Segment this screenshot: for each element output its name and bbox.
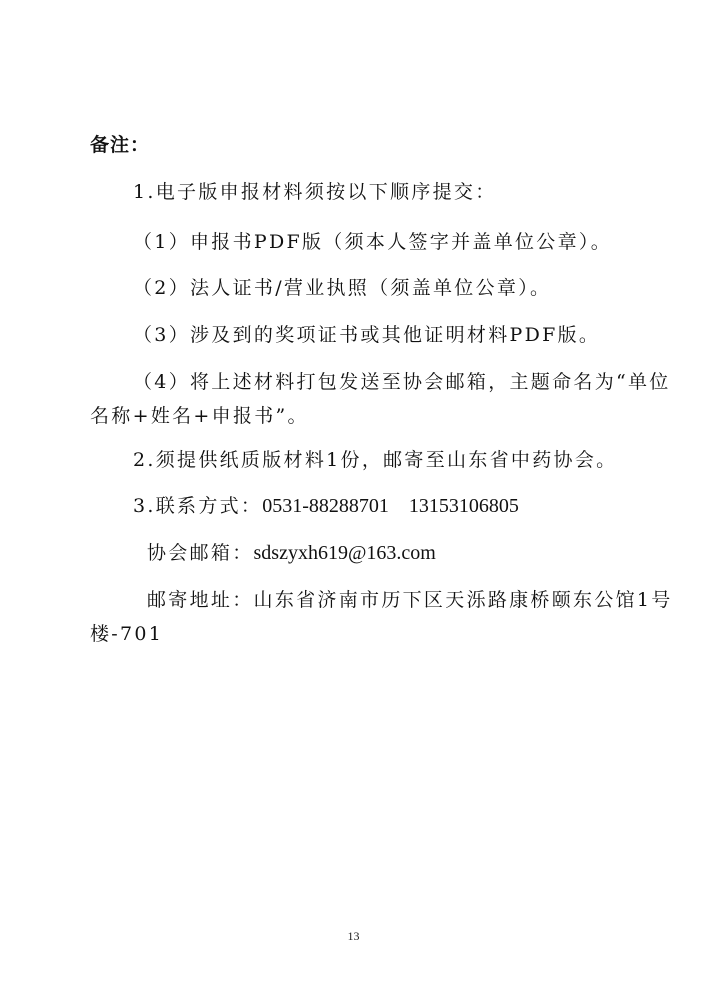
email-label: 协会邮箱：	[147, 542, 254, 564]
sub-item-2-legal-certificate: （2）法人证书/营业执照（须盖单位公章）。	[133, 276, 551, 300]
mailing-address-line2: 楼-701	[90, 622, 163, 646]
notes-heading: 备注：	[90, 133, 150, 157]
item-3-contact-info: 3.联系方式：0531-8828870113153106805	[133, 494, 519, 518]
contact-phone-mobile: 13153106805	[409, 495, 519, 517]
page-number: 13	[0, 929, 707, 944]
sub-item-4-email-instructions-line1: （4）将上述材料打包发送至协会邮箱，主题命名为“单位	[133, 370, 671, 394]
sub-item-1-application-pdf: （1）申报书PDF版（须本人签字并盖单位公章）。	[133, 230, 612, 254]
sub-item-4-email-instructions-line2: 名称+姓名+申报书”。	[90, 404, 309, 428]
email-address: sdszyxh619@163.com	[254, 542, 436, 564]
contact-label: 3.联系方式：	[133, 495, 262, 517]
association-email: 协会邮箱：sdszyxh619@163.com	[147, 541, 436, 565]
address-value: 山东省济南市历下区天泺路康桥颐东公馆1号	[254, 589, 673, 611]
sub-item-3-award-certificates: （3）涉及到的奖项证书或其他证明材料PDF版。	[133, 323, 600, 347]
item-2-paper-materials: 2.须提供纸质版材料1份，邮寄至山东省中药协会。	[133, 448, 617, 472]
item-1-electronic-materials: 1.电子版申报材料须按以下顺序提交：	[133, 180, 497, 204]
document-page: 备注： 1.电子版申报材料须按以下顺序提交： （1）申报书PDF版（须本人签字并…	[0, 0, 707, 999]
contact-phone-landline: 0531-88288701	[262, 495, 389, 517]
mailing-address-line1: 邮寄地址：山东省济南市历下区天泺路康桥颐东公馆1号	[147, 588, 673, 612]
address-label: 邮寄地址：	[147, 589, 254, 611]
